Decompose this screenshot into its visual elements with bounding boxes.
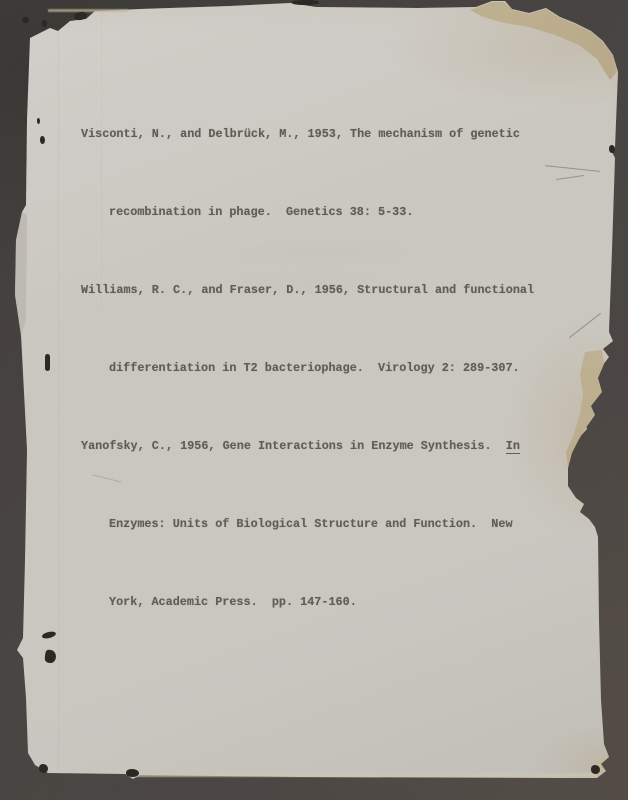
reference-line: differentiation in T2 bacteriophage. Vir… [109,355,534,381]
fold-crease [57,30,59,768]
scanned-page: Visconti, N., and Delbrück, M., 1953, Th… [0,0,628,800]
reference-line: Williams, R. C., and Fraser, D., 1956, S… [81,277,534,303]
reference-line: York, Academic Press. pp. 147-160. [109,589,534,615]
reference-line: Yanofsky, C., 1956, Gene Interactions in… [81,433,534,459]
ink-spot [292,0,319,5]
torn-edge-top-left [48,9,128,12]
edge-nick [39,764,48,773]
reference-line: recombination in phage. Genetics 38: 5-3… [109,199,534,225]
reference-list: Visconti, N., and Delbrück, M., 1953, Th… [81,69,534,667]
edge-nick [126,769,139,777]
reference-text: Yanofsky, C., 1956, Gene Interactions in… [81,439,506,453]
ink-spot [40,136,45,144]
underlined-word: In [506,439,520,454]
ink-spot [37,118,40,124]
reference-line: Enzymes: Units of Biological Structure a… [109,511,534,537]
under-sheet-sliver-bottom [130,773,596,777]
edge-nick [609,145,615,153]
reference-line: Visconti, N., and Delbrück, M., 1953, Th… [81,121,534,147]
ink-spot [42,20,47,27]
ink-spot [45,354,50,371]
edge-nick [591,765,600,774]
